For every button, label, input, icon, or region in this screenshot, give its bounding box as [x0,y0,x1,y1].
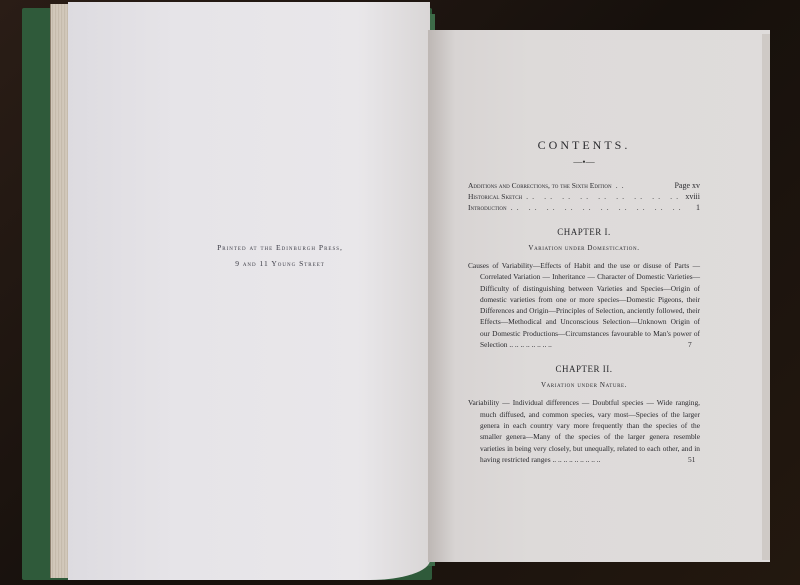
toc-entry-label: Introduction [468,202,507,213]
left-page [68,2,430,580]
right-page-edge [762,34,770,560]
leader-dots: .. [616,180,671,191]
leader-dots: .. .. .. .. .. .. .. .. .. .. [511,202,692,213]
toc-entry-page: xviii [685,191,700,202]
toc-entry-additions: Additions and Corrections, to the Sixth … [468,180,700,191]
toc-entry-introduction: Introduction .. .. .. .. .. .. .. .. .. … [468,202,700,213]
chapter-1-summary: Causes of Variability—Effects of Habit a… [468,260,700,350]
toc-entry-label: Historical Sketch [468,191,522,202]
toc-entry-label: Additions and Corrections, to the Sixth … [468,180,612,191]
toc-entry-historical-sketch: Historical Sketch .. .. .. .. .. .. .. .… [468,191,700,202]
leader-dots: .. .. .. .. .. .. .. .. .. [552,455,600,464]
chapter-2-summary: Variability — Individual differences — D… [468,397,700,465]
chapter-1-summary-text: Causes of Variability—Effects of Habit a… [468,261,700,349]
toc-entry-page: 1 [696,202,700,213]
leader-dots: .. .. .. .. .. .. .. .. .. [526,191,681,202]
ornament-divider-icon: —•— [468,157,700,168]
imprint-line-2: 9 and 11 Young Street [180,256,380,272]
imprint-line-1: Printed at the Edinburgh Press, [180,240,380,256]
contents-title: CONTENTS. [468,140,700,151]
leader-dots: .. .. .. .. .. .. .. .. [509,340,552,349]
printer-imprint: Printed at the Edinburgh Press, 9 and 11… [180,240,380,272]
chapter-1-subtitle: Variation under Domestication. [468,243,700,254]
chapter-2-heading: CHAPTER II. [468,364,700,375]
chapter-2-subtitle: Variation under Nature. [468,380,700,391]
table-of-contents: CONTENTS. —•— Additions and Corrections,… [468,140,700,465]
toc-entry-page: Page xv [674,180,700,191]
chapter-1-heading: CHAPTER I. [468,227,700,238]
